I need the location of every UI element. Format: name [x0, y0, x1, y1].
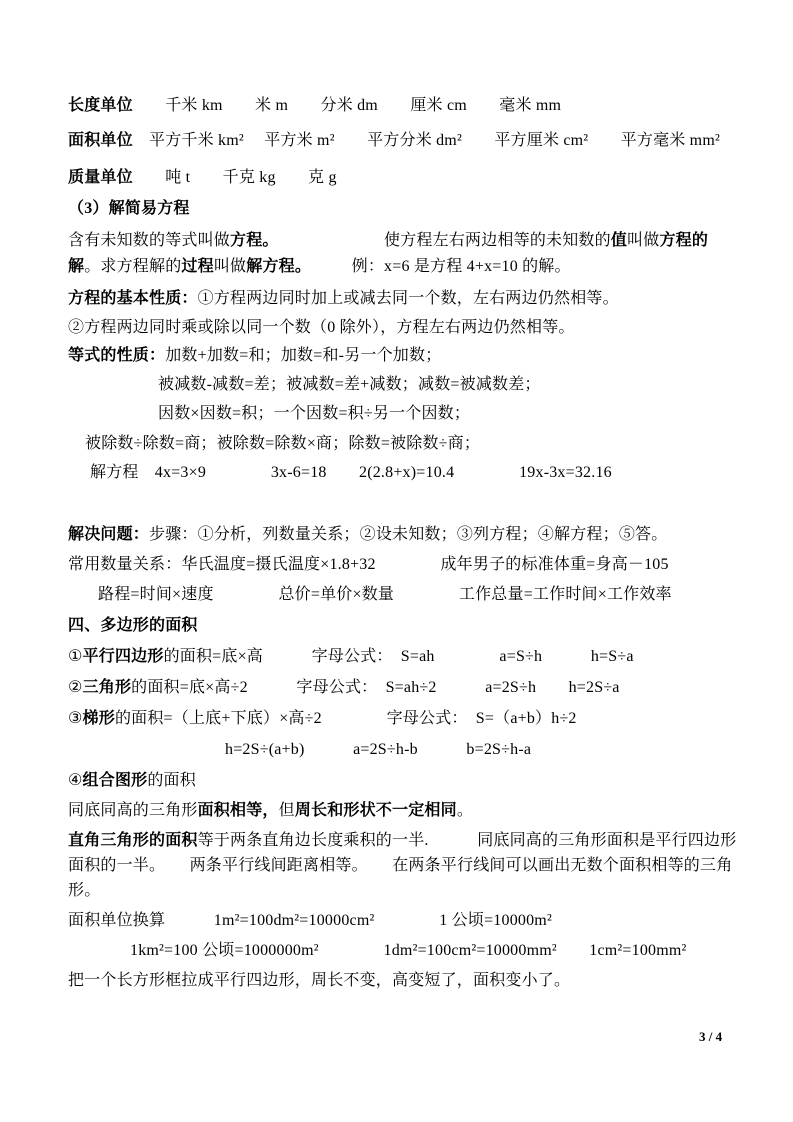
text-segment: 方程的基本性质： [68, 290, 198, 307]
text-segment: 解决问题： [68, 526, 149, 543]
text-line-trapezoid-area: ③梯形的面积=（上底+下底）×高÷2 字母公式： S=（a+b）h÷2 [68, 709, 577, 729]
text-segment: 。求方程解的 [84, 258, 181, 275]
text-line-equality-properties-multiplication: 因数×因数=积；一个因数=积÷另一个因数； [158, 404, 470, 424]
text-segment: 面积单位 [68, 132, 133, 149]
text-segment: 1km²=100 公顷=1000000m² 1dm²=100cm²=10000m… [130, 942, 687, 959]
text-line-right-triangle-area-3: 形。 [68, 881, 100, 901]
text-segment: 解方程。 [246, 258, 303, 275]
text-segment: 值 [611, 232, 627, 249]
text-line-mass-units: 质量单位 吨 t 千克 kg 克 g [68, 168, 337, 188]
text-line-area-unit-conversion-1: 面积单位换算 1m²=100dm²=10000cm² 1 公顷=10000m² [68, 911, 552, 931]
text-line-equation-definition-2: 解。求方程解的过程叫做解方程。 例：x=6 是方程 4+x=10 的解。 [68, 257, 571, 277]
text-segment: 形。 [68, 882, 100, 899]
text-segment: 吨 t 千克 kg 克 g [133, 169, 337, 186]
text-line-heading-solve-simple-equations: （3）解简易方程 [68, 199, 190, 219]
text-segment: 使方程左右两边相等的未知数的 [271, 232, 611, 249]
text-segment: 组合图形 [83, 772, 148, 789]
text-segment: 梯形 [83, 710, 115, 727]
text-segment: 含有未知数的等式叫做 [68, 232, 230, 249]
text-line-problem-solving-steps: 解决问题：步骤：①分析，列数量关系；②设未知数；③列方程；④解方程；⑤答。 [68, 525, 667, 545]
text-line-parallelogram-area: ①平行四边形的面积=底×高 字母公式： S=ah a=S÷h h=S÷a [68, 647, 634, 667]
text-segment: ①方程两边同时加上或减去同一个数，左右两边仍然相等。 [198, 290, 619, 307]
text-line-right-triangle-area-1: 直角三角形的面积等于两条直角边长度乘积的一半. 同底同高的三角形面积是平行四边形 [68, 831, 736, 851]
text-segment: ④ [68, 772, 83, 789]
text-segment: ① [68, 648, 83, 665]
text-segment: 的面积 [147, 772, 196, 789]
text-segment: 面积相等， [198, 802, 279, 819]
text-segment: 方程的 [659, 232, 708, 249]
text-line-composite-figure-area: ④组合图形的面积 [68, 771, 196, 791]
text-line-solve-equations-examples: 解方程 4x=3×9 3x-6=18 2(2.8+x)=10.4 19x-3x=… [90, 463, 612, 483]
text-segment: （3）解简易方程 [68, 200, 190, 217]
text-segment: 把一个长方形框拉成平行四边形，周长不变，高变短了，面积变小了。 [68, 972, 570, 989]
text-segment: 的面积=（上底+下底）×高÷2 字母公式： S=（a+b）h÷2 [115, 710, 577, 727]
text-segment: 面积的一半。 两条平行线间距离相等。 在两条平行线间可以画出无数个面积相等的三角 [68, 857, 732, 874]
text-segment: ②方程两边同时乘或除以同一个数（0 除外），方程左右两边仍然相等。 [68, 319, 575, 336]
text-segment: 加数+加数=和；加数=和-另一个加数； [165, 347, 441, 364]
text-segment: 三角形 [83, 679, 132, 696]
text-segment: 等于两条直角边长度乘积的一半. 同底同高的三角形面积是平行四边形 [198, 832, 737, 849]
text-line-common-quantity-relations-1: 常用数量关系：华氏温度=摄氏温度×1.8+32 成年男子的标准体重=身高－105 [68, 555, 669, 575]
text-segment: 路程=时间×速度 总价=单价×数量 工作总量=工作时间×工作效率 [98, 586, 672, 603]
text-segment: 等式的性质： [68, 347, 165, 364]
text-segment: 常用数量关系：华氏温度=摄氏温度×1.8+32 成年男子的标准体重=身高－105 [68, 556, 669, 573]
text-segment: 解方程 4x=3×9 3x-6=18 2(2.8+x)=10.4 19x-3x=… [90, 464, 612, 481]
text-line-equation-definition-1: 含有未知数的等式叫做方程。 使方程左右两边相等的未知数的值叫做方程的 [68, 231, 708, 251]
text-segment: 步骤：①分析，列数量关系；②设未知数；③列方程；④解方程；⑤答。 [149, 526, 667, 543]
text-line-common-quantity-relations-2: 路程=时间×速度 总价=单价×数量 工作总量=工作时间×工作效率 [98, 585, 672, 605]
text-segment: 过程 [181, 258, 213, 275]
text-segment: 因数×因数=积；一个因数=积÷另一个因数； [158, 405, 470, 422]
text-segment: 直角三角形的面积 [68, 832, 198, 849]
text-line-equality-properties-addition: 等式的性质：加数+加数=和；加数=和-另一个加数； [68, 346, 441, 366]
text-segment: 质量单位 [68, 169, 133, 186]
text-line-area-unit-conversion-2: 1km²=100 公顷=1000000m² 1dm²=100cm²=10000m… [130, 941, 687, 961]
text-line-heading-polygon-area: 四、多边形的面积 [68, 616, 198, 636]
text-segment: 叫做 [214, 258, 246, 275]
text-segment: h=2S÷(a+b) a=2S÷h-b b=2S÷h-a [225, 741, 531, 758]
text-segment: 解 [68, 258, 84, 275]
text-line-rectangle-to-parallelogram-note: 把一个长方形框拉成平行四边形，周长不变，高变短了，面积变小了。 [68, 971, 570, 991]
text-segment: 例：x=6 是方程 4+x=10 的解。 [303, 258, 571, 275]
text-segment: 同底同高的三角形 [68, 802, 198, 819]
text-segment: 平行四边形 [83, 648, 164, 665]
text-segment: ③ [68, 710, 83, 727]
text-segment: 方程。 [230, 232, 271, 249]
text-line-same-base-height-note: 同底同高的三角形面积相等，但周长和形状不一定相同。 [68, 801, 473, 821]
text-segment: 。 [457, 802, 473, 819]
text-segment: 被减数-减数=差；被减数=差+减数；减数=被减数差； [158, 376, 541, 393]
text-line-area-units: 面积单位 平方千米 km² 平方米 m² 平方分米 dm² 平方厘米 cm² 平… [68, 131, 720, 151]
text-line-equation-property-2: ②方程两边同时乘或除以同一个数（0 除外），方程左右两边仍然相等。 [68, 318, 575, 338]
text-segment: 但 [279, 802, 295, 819]
text-segment: 叫做 [627, 232, 659, 249]
text-segment: 平方千米 km² 平方米 m² 平方分米 dm² 平方厘米 cm² 平方毫米 m… [133, 132, 720, 149]
text-line-equality-properties-division: 被除数÷除数=商；被除数=除数×商；除数=被除数÷商； [85, 434, 480, 454]
text-line-right-triangle-area-2: 面积的一半。 两条平行线间距离相等。 在两条平行线间可以画出无数个面积相等的三角 [68, 856, 732, 876]
text-line-equality-properties-subtraction: 被减数-减数=差；被减数=差+减数；减数=被减数差； [158, 375, 541, 395]
text-segment: 千米 km 米 m 分米 dm 厘米 cm 毫米 mm [133, 97, 561, 114]
text-segment: 周长和形状不一定相同 [295, 802, 457, 819]
text-line-equation-property-1: 方程的基本性质：①方程两边同时加上或减去同一个数，左右两边仍然相等。 [68, 289, 619, 309]
text-segment: 四、多边形的面积 [68, 617, 198, 634]
text-segment: 的面积=底×高 字母公式： S=ah a=S÷h h=S÷a [164, 648, 634, 665]
text-segment: 的面积=底×高÷2 字母公式： S=ah÷2 a=2S÷h h=2S÷a [131, 679, 619, 696]
text-line-triangle-area: ②三角形的面积=底×高÷2 字母公式： S=ah÷2 a=2S÷h h=2S÷a [68, 678, 620, 698]
text-segment: 面积单位换算 1m²=100dm²=10000cm² 1 公顷=10000m² [68, 912, 552, 929]
text-segment: 长度单位 [68, 97, 133, 114]
page-number: 3 / 4 [699, 1029, 722, 1045]
text-segment: 被除数÷除数=商；被除数=除数×商；除数=被除数÷商； [85, 435, 480, 452]
text-line-length-units: 长度单位 千米 km 米 m 分米 dm 厘米 cm 毫米 mm [68, 96, 561, 116]
text-line-trapezoid-area-derived: h=2S÷(a+b) a=2S÷h-b b=2S÷h-a [225, 740, 531, 760]
document-page: 长度单位 千米 km 米 m 分米 dm 厘米 cm 毫米 mm面积单位 平方千… [0, 0, 793, 1122]
text-segment: ② [68, 679, 83, 696]
